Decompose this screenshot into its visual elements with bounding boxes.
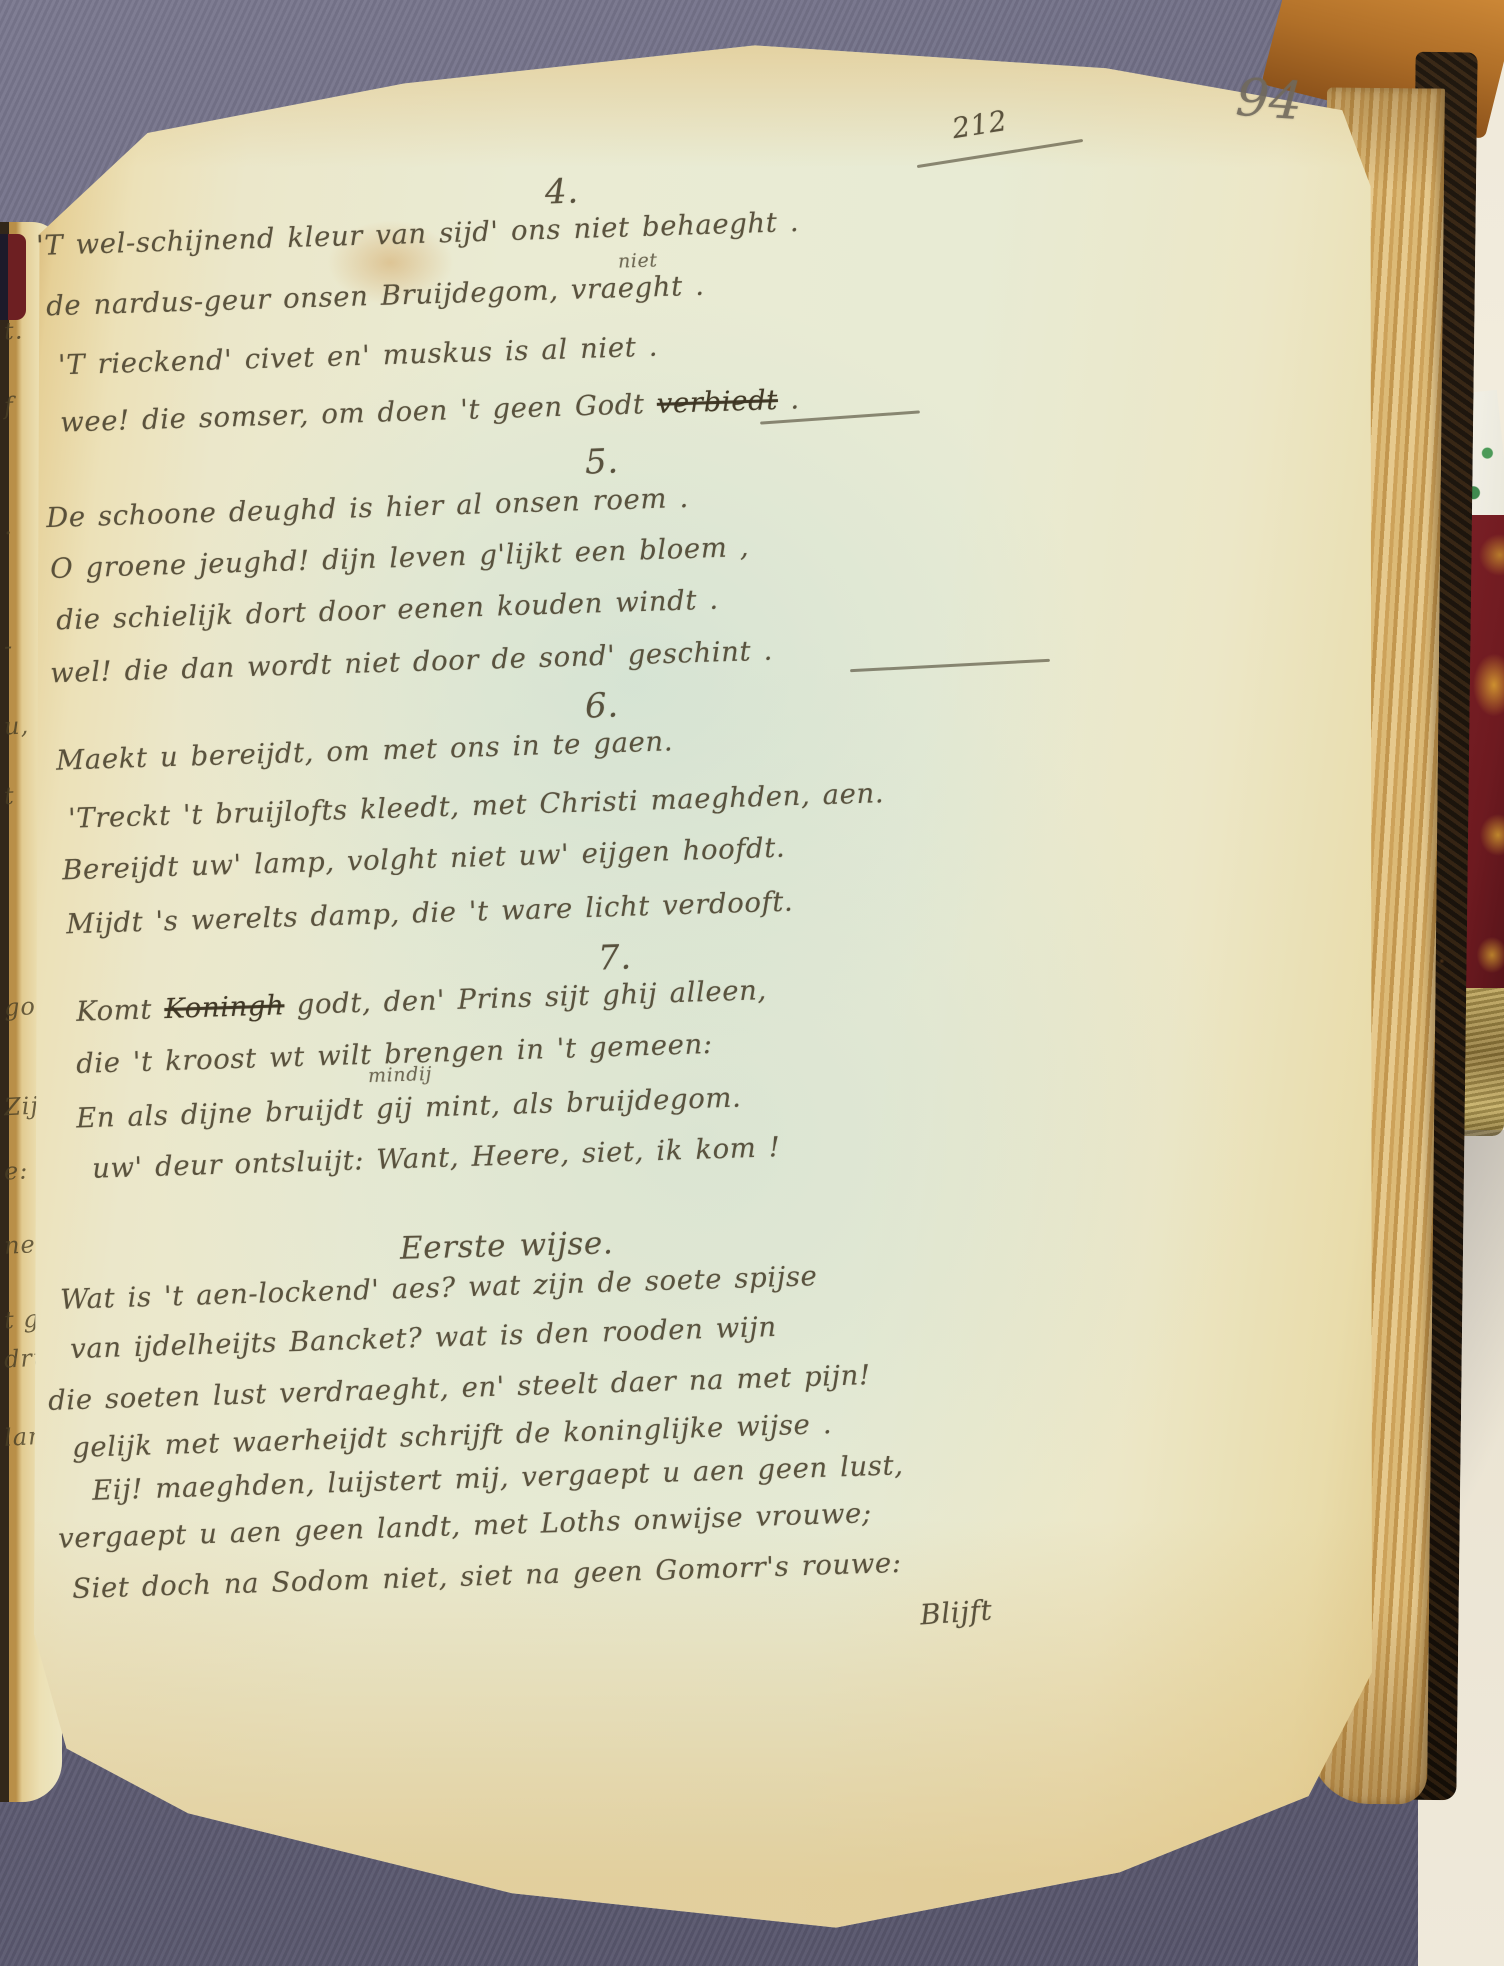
stanza-number: 4. <box>544 171 579 212</box>
left-page-fragment: e: <box>3 1156 29 1185</box>
left-page-fragment: - <box>3 632 14 660</box>
left-page-fragment: t. <box>3 317 24 346</box>
interlinear-insertion: niet <box>618 249 658 272</box>
stanza-number: 7. <box>597 937 632 978</box>
left-page-fragment: u, <box>3 711 30 740</box>
manuscript-photo: t. f . - u, t godt. Zijn e: negh. t gesc… <box>0 0 1504 1966</box>
struck-word: verbiedt <box>656 384 778 420</box>
left-page-fragment: f <box>3 392 14 420</box>
interlinear-insertion: mindij <box>368 1063 433 1087</box>
left-page-fragment: . <box>3 512 13 540</box>
page-number-pencil: 94 <box>1234 68 1304 132</box>
struck-word: Koningh <box>164 989 285 1025</box>
catchword: Blijft <box>919 1594 994 1632</box>
stanza-number: 6. <box>584 685 619 726</box>
left-page-fragment: t <box>3 782 15 811</box>
song-heading: Eerste wijse. <box>400 1225 614 1267</box>
verse-line-text: Komt <box>76 993 165 1028</box>
stanza-number: 5. <box>584 441 619 482</box>
verse-line-text: . <box>777 383 800 416</box>
left-cover-corner <box>0 234 26 320</box>
